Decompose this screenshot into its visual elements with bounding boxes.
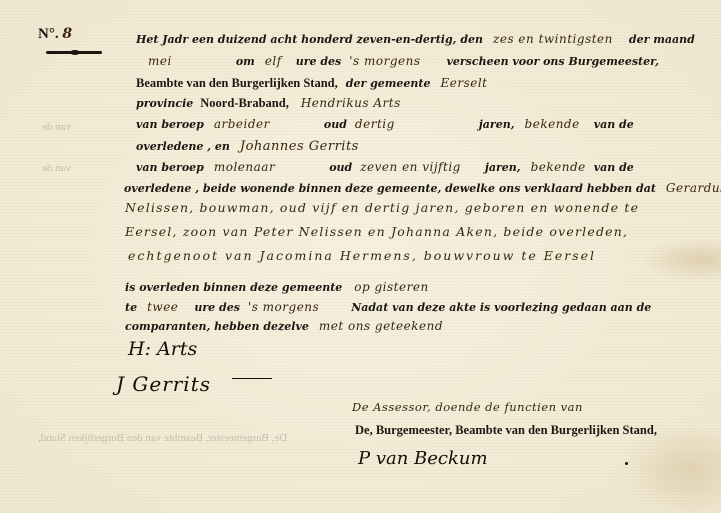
ink-dot [625,462,628,465]
signature-official: P van Beckum [358,448,488,469]
record-line-10: Eersel, zoon van Peter Nelissen en Johan… [125,224,628,239]
record-line-3: Beambte van den Burgerlijken Stand, der … [136,74,488,92]
bleedthrough-1: van de [42,117,71,135]
signature-declarant-1: H: Arts [128,338,197,360]
record-line-12: is overleden binnen deze gemeente op gis… [125,278,429,296]
official-title: De, Burgemeester, Beambte van den Burger… [355,423,657,438]
record-line-9: Nelissen, bouwman, oud vijf en dertig ja… [125,200,639,215]
record-line-2: mei om elf ure des 's morgens verscheen … [148,52,659,70]
record-line-5: van beroep arbeider oud dertig jaren, be… [136,115,634,133]
record-line-7: van beroep molenaar oud zeven en vijftig… [136,158,634,176]
signature-flourish [232,378,272,379]
record-line-14: comparanten, hebben dezelve met ons gete… [125,317,443,335]
record-line-4: provincie Noord-Braband, Hendrikus Arts [136,94,401,112]
number-label: N°. [38,26,59,42]
bleedthrough-2: van de [42,158,71,176]
assessor-note: De Assessor, doende de functien van [352,400,583,414]
record-number: N°. 8 [38,26,73,43]
record-line-11: echtgenoot van Jacomina Hermens, bouwvro… [128,248,596,263]
signature-declarant-2: J Gerrits [116,372,211,396]
number-value: 8 [62,26,72,42]
record-line-13: te twee ure des 's morgens Nadat van dez… [125,298,651,316]
bleedthrough-3: De, Burgemeester, Beambte van den Burger… [38,428,287,446]
record-line-8: overledene , beide wonende binnen deze g… [124,179,721,197]
record-line-6: overledene , en Johannes Gerrits [136,137,359,155]
underline-ornament [70,50,80,55]
record-line-1: Het Jadr een duizend acht honderd zeven-… [136,30,695,48]
